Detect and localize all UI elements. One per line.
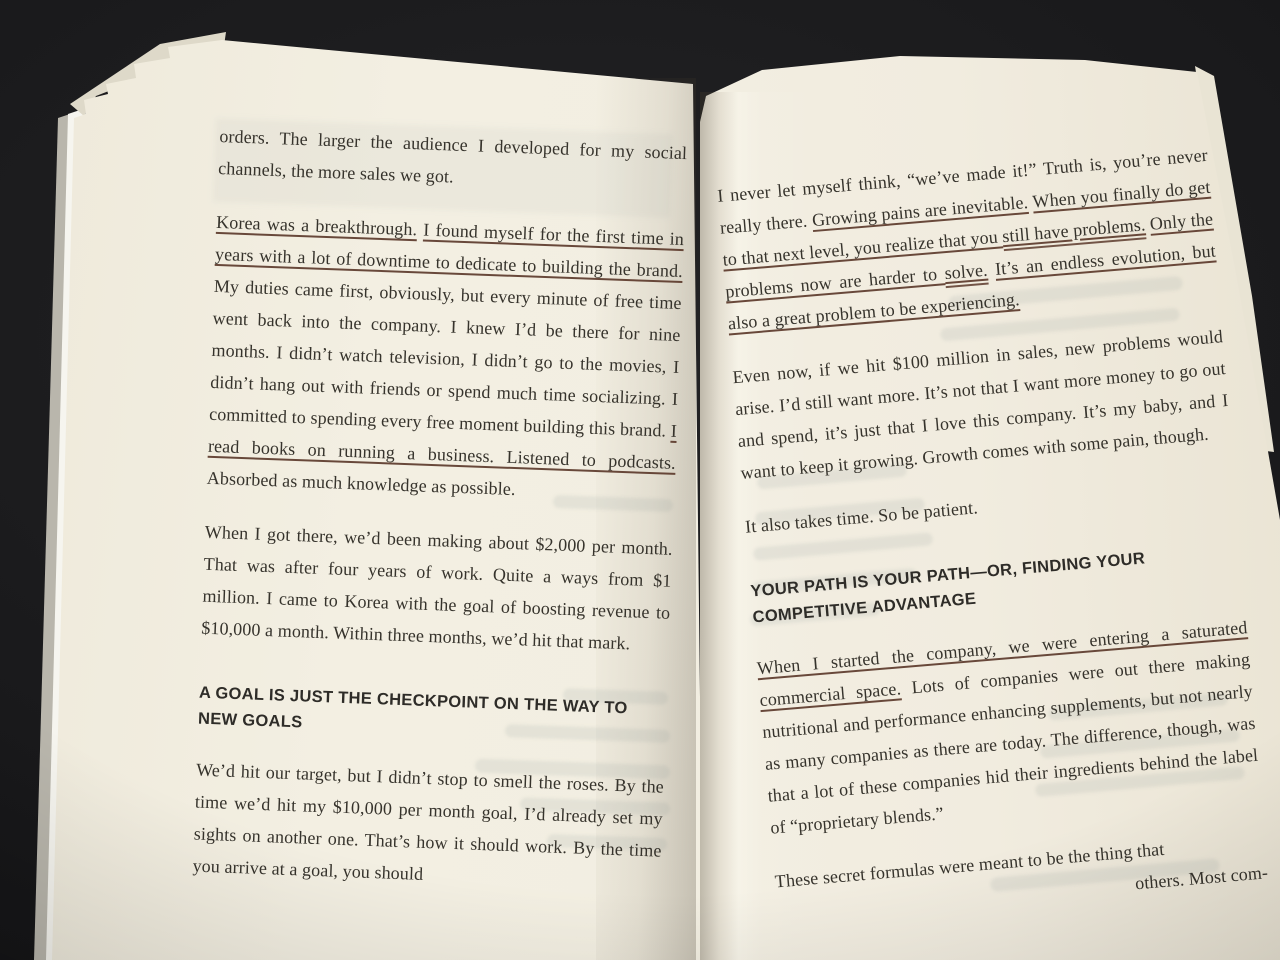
underlined-phrase: still have problems. bbox=[1001, 214, 1146, 251]
section-heading: A GOAL IS JUST THE CHECKPOINT ON THE WAY… bbox=[198, 680, 668, 749]
paragraph: When I got there, we’d been making about… bbox=[201, 516, 673, 661]
paragraph-partial: These secret formulas were meant to be t… bbox=[774, 824, 1270, 929]
text-segment: We’d hit our target, but I didn’t stop t… bbox=[192, 760, 664, 884]
left-page-text: orders. The larger the audience I develo… bbox=[191, 120, 687, 921]
book-photo: orders. The larger the audience I develo… bbox=[0, 0, 1280, 960]
underlined-phrase: solve. bbox=[944, 260, 989, 289]
text-segment: My duties came first, obviously, but eve… bbox=[209, 276, 682, 441]
paragraph: We’d hit our target, but I didn’t stop t… bbox=[192, 754, 664, 899]
text-segment: Lots of companies were out there making … bbox=[762, 649, 1259, 838]
text-segment: orders. The larger the audience I develo… bbox=[218, 126, 688, 187]
paragraph: Even now, if we hit $100 million in sale… bbox=[731, 320, 1232, 489]
paragraph: Korea was a breakthrough. I found myself… bbox=[206, 206, 684, 511]
underlined-phrase: Korea was a breakthrough. bbox=[216, 212, 418, 239]
text-segment: It also takes time. So be patient. bbox=[744, 497, 978, 536]
text-segment: Absorbed as much knowledge as possible. bbox=[207, 468, 516, 499]
right-page-text: I never let myself think, “we’ve made it… bbox=[716, 139, 1271, 951]
text-segment: When I got there, we’d been making about… bbox=[201, 522, 673, 654]
section-heading: YOUR PATH IS YOUR PATH—OR, FINDING YOUR … bbox=[749, 537, 1244, 630]
underlined-phrase: Growing pains are inevitable. bbox=[811, 192, 1029, 230]
text-segment: Even now, if we hit $100 million in sale… bbox=[732, 326, 1229, 483]
paragraph: When I started the company, we were ente… bbox=[756, 611, 1262, 843]
